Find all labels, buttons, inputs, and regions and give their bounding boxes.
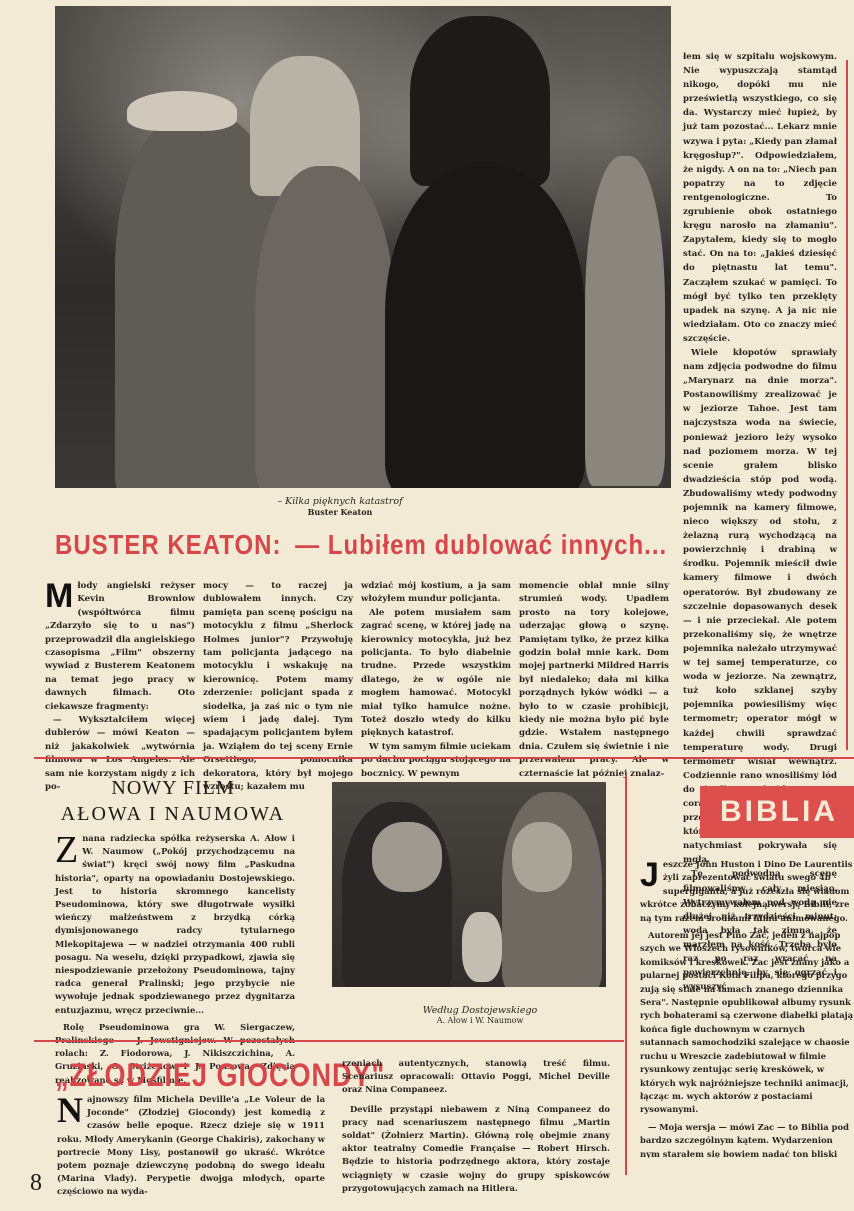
giocondy-dropcap: N [57, 1095, 83, 1125]
giocondy-p3: Deville przystąpi niebawem z Niną Compan… [342, 1103, 610, 1195]
biblia-p1: eszcze John Huston i Dino De Laurentiis … [640, 858, 854, 925]
alow-caption-title: Według Dostojewskiego [380, 1005, 580, 1016]
giocondy-col-1: N ajnowszy film Michela Deville'a „Le Vo… [57, 1093, 325, 1199]
alow-dropcap: Z [55, 834, 78, 866]
keaton-col-4: momencie oblał mnie silny strumień wody.… [519, 580, 669, 781]
alow-p1: nana radziecka spółka reżyserska A. Ałow… [55, 832, 295, 1017]
biblia-dropcap: J [640, 860, 659, 890]
keaton-col-2: mocy — to raczej ja dublowałem innych. C… [203, 580, 353, 795]
rule-vertical-top [846, 60, 848, 750]
giocondy-headline: „ZŁODZIEJ GIOCONDY" [55, 1057, 385, 1094]
keaton-headline-quote: — Lubiłem dublować innych... [295, 530, 667, 561]
keaton-photo [55, 6, 671, 488]
biblia-p2: Autorem jej jest Pino Zac, jeden z najpo… [640, 929, 854, 1117]
alow-headline-line2: AŁOWA I NAUMOWA [38, 801, 308, 827]
giocondy-col-2: rzeniach autentycznych, stanowią treść f… [342, 1057, 610, 1195]
keaton-col-4-p1: momencie oblał mnie silny strumień wody.… [519, 580, 669, 781]
biblia-body: J eszcze John Huston i Dino De Laurentii… [640, 858, 854, 1158]
alow-caption-sub: A. Ałow i W. Naumow [380, 1016, 580, 1025]
alow-body: Z nana radziecka spółka reżyserska A. Ał… [55, 832, 295, 1087]
keaton-photo-caption: – Kilka pięknych katastrof Buster Keaton [240, 496, 440, 517]
alow-headline-line1: NOWY FILM [38, 775, 308, 801]
keaton-headline-name: BUSTER KEATON: [55, 530, 281, 561]
biblia-headline-box: BIBLIA [700, 786, 854, 838]
rule-horizontal-lower [34, 1040, 624, 1042]
keaton-dropcap: M [45, 582, 73, 610]
biblia-headline: BIBLIA [720, 795, 838, 828]
keaton-caption-sub: Buster Keaton [240, 507, 440, 517]
keaton-col-1: M łody angielski reżyser Kevin Brownlow … [45, 580, 195, 795]
keaton-col-5: łem się w szpitalu wojskowym. Nie wypusz… [683, 50, 837, 994]
alow-photo [332, 782, 606, 987]
keaton-col-3-p3: W tym samym filmie uciekam po dachu poci… [361, 741, 511, 781]
keaton-col-3-p2: Ale potem musiałem sam zagrać scenę, w k… [361, 607, 511, 741]
rule-vertical-biblia [625, 775, 627, 1175]
keaton-headline: BUSTER KEATON: — Lubiłem dublować innych… [55, 530, 667, 562]
rule-horizontal-middle [34, 757, 854, 759]
keaton-col-2-p1: mocy — to raczej ja dublowałem innych. C… [203, 580, 353, 795]
page-number: 8 [30, 1170, 42, 1197]
keaton-col-3: wdziać mój kostium, a ja sam włożyłem mu… [361, 580, 511, 781]
giocondy-p1: ajnowszy film Michela Deville'a „Le Vole… [57, 1093, 325, 1199]
alow-photo-caption: Według Dostojewskiego A. Ałow i W. Naumo… [380, 1005, 580, 1025]
keaton-col-3-p1: wdziać mój kostium, a ja sam włożyłem mu… [361, 580, 511, 607]
alow-headline: NOWY FILM AŁOWA I NAUMOWA [38, 775, 308, 827]
keaton-col-5-p1: łem się w szpitalu wojskowym. Nie wypusz… [683, 50, 837, 346]
keaton-caption-title: – Kilka pięknych katastrof [240, 496, 440, 507]
giocondy-p2: rzeniach autentycznych, stanowią treść f… [342, 1057, 610, 1097]
biblia-p3: — Moja wersja — mówi Zac — to Biblia pod… [640, 1121, 854, 1158]
